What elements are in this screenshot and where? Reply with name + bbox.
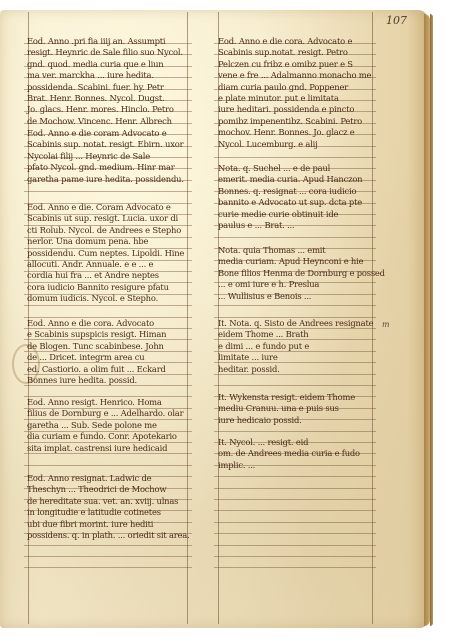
- text-line: resigt. Heynric de Sale filio suo Nycol.: [27, 47, 183, 58]
- left-entry-1: Eod. Anno .pri fia iiij an. Assumpti res…: [27, 36, 183, 127]
- text-line: e plate minutor. put e limitata: [218, 93, 371, 104]
- ruling-line: [24, 305, 192, 306]
- text-line: mediu Cranuu. una e puis sus: [218, 403, 355, 414]
- text-line: possidenda. Scabini. fuer. hy. Petr: [27, 82, 183, 93]
- ruling-line: [214, 545, 376, 546]
- text-line: cordia hui fra ... et Andre neptes: [27, 270, 184, 281]
- text-line: dia curiam e fundo. Conr. Apotekario: [27, 431, 183, 442]
- text-line: ... Wullisius e Benois ...: [218, 291, 385, 302]
- text-line: pomibz impenentibz. Scabini. Petro: [218, 116, 371, 127]
- ruling-line: [24, 191, 192, 192]
- ruling-line: [214, 157, 376, 158]
- text-line: Scabinis sup. notat. resigt. Ebirn. uxor: [27, 139, 184, 150]
- text-line: de Mochow. Vincenc. Henr. Albrech: [27, 116, 183, 127]
- text-line: Eod. Anno e die. Coram Advocato e: [27, 202, 184, 213]
- text-line: gnd. quod. media curia que e liun: [27, 59, 183, 70]
- ruling-line: [24, 567, 192, 568]
- text-line: curie medie curie obtinuit ide: [218, 209, 362, 220]
- ruling-line: [214, 431, 376, 432]
- text-line: possidendu. Cum neptes. Lipoldi. Hine: [27, 248, 184, 259]
- text-line: om. de Andrees media curia e fudo: [218, 448, 360, 459]
- text-line: Bonnes. q. resignat ... cora iudicio: [218, 186, 362, 197]
- ruling-line: [214, 499, 376, 500]
- text-line: emerit. media curia. Apud Hanczon: [218, 174, 362, 185]
- right-entry-1: Eod. Anno e die cora. Advocato e Scabini…: [218, 36, 371, 150]
- left-entry-4: Eod. Anno e die cora. Advocato e Scabini…: [27, 318, 166, 386]
- right-entry-4: It. Nota. q. Sisto de Andrees resignate …: [218, 318, 373, 375]
- text-line: Eod. Anno e die cora. Advocato: [27, 318, 166, 329]
- ruling-line: [214, 522, 376, 523]
- text-line: Scabinis sup.notat. resigt. Petro: [218, 47, 371, 58]
- right-entry-5: It. Wykensta resigt. eidem Thome mediu C…: [218, 392, 355, 426]
- text-line: paulus e ... Brat. ...: [218, 220, 362, 231]
- text-line: ubi due fibri morint. iure hediti: [27, 519, 190, 530]
- text-line: Eod. Anno .pri fia iiij an. Assumpti: [27, 36, 183, 47]
- ruling-line: [214, 488, 376, 489]
- text-line: Eod. Anno resignat. Ladwic de: [27, 473, 190, 484]
- text-line: Eod. Anno e die coram Advocato e: [27, 128, 184, 139]
- text-line: ed. Castiorio. a olim fuit ... Eckard: [27, 364, 166, 375]
- ruling-line: [214, 556, 376, 557]
- left-entry-6: Eod. Anno resignat. Ladwic de Theschyn .…: [27, 473, 190, 541]
- text-line: Nota. quia Thomas ... emit: [218, 245, 385, 256]
- text-line: filius de Dornburg e ... Adelhardo. olar: [27, 408, 183, 419]
- text-line: implic. ...: [218, 460, 360, 471]
- text-line: domum iudicis. Nycol. e Stepho.: [27, 293, 184, 304]
- text-line: limitate ... iure: [218, 352, 373, 363]
- text-line: Nycol. Lucemburg. e alij: [218, 139, 371, 150]
- text-line: sita implat. castrensi iure hedicaid: [27, 443, 183, 454]
- text-line: Bone filios Henma de Dornburg e possed: [218, 268, 385, 279]
- text-line: in longitudie e latitudie cotinetes: [27, 507, 190, 518]
- left-entry-2: Eod. Anno e die coram Advocato e Scabini…: [27, 128, 184, 185]
- text-line: eidem Thome ... Brath: [218, 329, 373, 340]
- text-line: mochov. Henr. Bonnes. Jo. glacz e: [218, 127, 371, 138]
- text-line: nerlor. Una domum pena. hbe: [27, 236, 184, 247]
- text-line: It. Nycol. ... resigt. eid: [218, 437, 360, 448]
- text-line: Nota. q. Suchel ... e de paul: [218, 163, 362, 174]
- text-line: It. Wykensta resigt. eidem Thome: [218, 392, 355, 403]
- text-line: Pelczen cu fribz e omibz puer e S: [218, 59, 371, 70]
- ruling-line: [214, 510, 376, 511]
- text-line: Scabinis ut sup. resigt. Lucia. uxor di: [27, 213, 184, 224]
- text-line: Brat. Henr. Bonnes. Nycol. Dugst.: [27, 93, 183, 104]
- text-line: Bonnes iure hedita. possid.: [27, 375, 166, 386]
- text-line: cti Rolub. Nycol. de Andrees e Stepho: [27, 225, 184, 236]
- ruling-line: [214, 237, 376, 238]
- text-line: de Blogen. Tunc scabinbese. John: [27, 341, 166, 352]
- text-line: vene e fre ... Adalmanno monacho me: [218, 70, 371, 81]
- ruling-line: [214, 476, 376, 477]
- text-line: Theschyn ... Theodrici de Mochow: [27, 484, 190, 495]
- ruling-line: [214, 305, 376, 306]
- ruling-line: [24, 545, 192, 546]
- text-line: pfato Nycol. gnd. medium. Hinr mar: [27, 162, 184, 173]
- text-line: Nycolai filij ... Heynric de Sale: [27, 151, 184, 162]
- text-line: It. Nota. q. Sisto de Andrees resignate: [218, 318, 373, 329]
- ruling-line: [214, 533, 376, 534]
- left-entry-5: Eod. Anno resigt. Henrico. Homa filius d…: [27, 397, 183, 454]
- text-line: Eod. Anno resigt. Henrico. Homa: [27, 397, 183, 408]
- text-line: iure heditari. possidenda e pincto: [218, 104, 371, 115]
- ruling-line: [214, 567, 376, 568]
- text-line: ... e omi iure e h. Preslua: [218, 279, 385, 290]
- ruling-line: [24, 465, 192, 466]
- text-line: diam curia paulo gnd. Poppener: [218, 82, 371, 93]
- text-line: ma ver. marckha ... iure hedita.: [27, 70, 183, 81]
- text-line: Jo. glacs. Henr. mores. Hinclo. Petro: [27, 104, 183, 115]
- right-entry-2: Nota. q. Suchel ... e de paul emerit. me…: [218, 163, 362, 231]
- folio-number: 107: [386, 14, 407, 27]
- ruling-line: [214, 385, 376, 386]
- page-block-edge-outer: [430, 14, 433, 626]
- text-line: de hereditate sua. vet. an. xviij. ulnas: [27, 496, 190, 507]
- text-line: e Scabinis supspicis resigt. Himan: [27, 329, 166, 340]
- text-line: bannito e Advocato ut sup. dcta pte: [218, 197, 362, 208]
- text-line: e dimi ... e fundo put e: [218, 341, 373, 352]
- text-line: cora iudicio Bannito resigure pfatu: [27, 282, 184, 293]
- ruling-line: [24, 556, 192, 557]
- left-entry-3: Eod. Anno e die. Coram Advocato e Scabin…: [27, 202, 184, 305]
- margin-note: m: [382, 320, 390, 329]
- text-line: de ... Dricet. integrm area cu: [27, 352, 166, 363]
- text-line: media curiam. Apud Heynconi e hie: [218, 256, 385, 267]
- text-line: garetha ... Sub. Sede polone me: [27, 420, 183, 431]
- right-entry-6: It. Nycol. ... resigt. eid om. de Andree…: [218, 437, 360, 471]
- text-line: garetha pame iure hedita. possidendu.: [27, 174, 184, 185]
- right-entry-3: Nota. quia Thomas ... emit media curiam.…: [218, 245, 385, 302]
- text-line: iure hedicaio possid.: [218, 415, 355, 426]
- text-line: possidens. q. in plath. ... oriedit sit …: [27, 530, 190, 541]
- text-line: allocuti. Andr. Annuale. e e ... e: [27, 259, 184, 270]
- text-line: heditar. possid.: [218, 364, 373, 375]
- text-line: Eod. Anno e die cora. Advocato e: [218, 36, 371, 47]
